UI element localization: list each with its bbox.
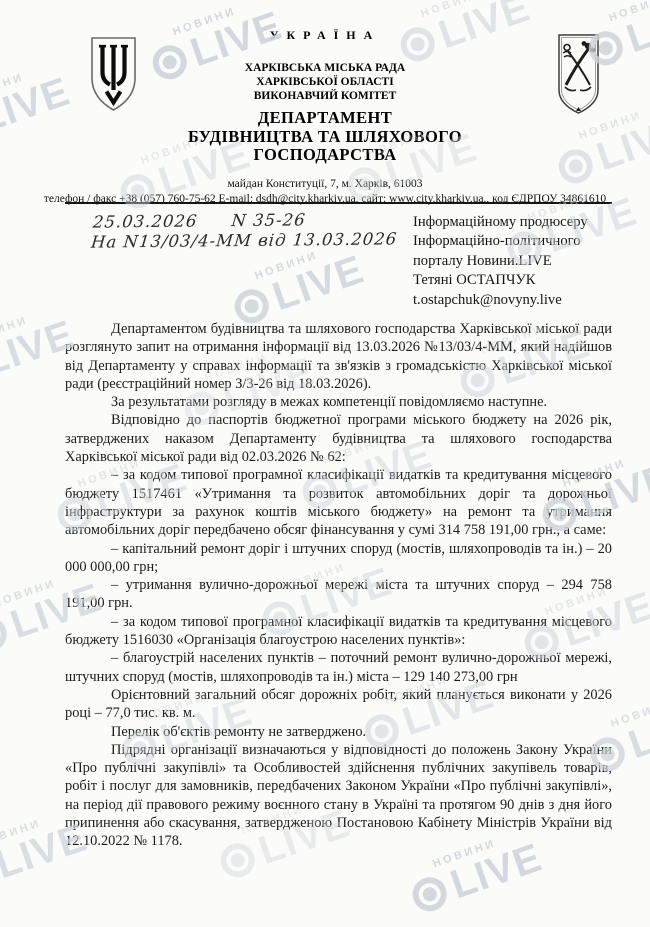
novyny-live-watermark-icon: [0, 613, 11, 656]
handwritten-registration-note: 25.03.2026N 35-26 На N13/03/4-ММ від 13.…: [90, 209, 400, 252]
dept-line-2: БУДІВНИЦТВА ТА ШЛЯХОВОГО: [0, 128, 650, 147]
body-paragraph: – благоустрій населених пунктів – поточн…: [65, 649, 612, 686]
recipient-line: порталу Новини.LIVE: [413, 252, 608, 271]
recipient-block: Інформаційному продюсеру Інформаційно-по…: [413, 213, 608, 310]
body-paragraph: Департаментом будівництва та шляхового г…: [65, 320, 612, 393]
body-paragraph: – утримання вулично-дорожньої мережі міс…: [65, 576, 612, 613]
letter-body: Департаментом будівництва та шляхового г…: [65, 320, 612, 851]
body-paragraph: – за кодом типової програмної класифікац…: [65, 466, 612, 539]
org-line-3: ВИКОНАВЧИЙ КОМІТЕТ: [0, 89, 650, 103]
department-name: ДЕПАРТАМЕНТ БУДІВНИЦТВА ТА ШЛЯХОВОГО ГОС…: [0, 109, 650, 165]
body-paragraph: Перелік об'єктів ремонту не затверджено.: [65, 723, 612, 741]
body-paragraph: – за кодом типової програмної класифікац…: [65, 613, 612, 650]
body-paragraph: За результатами розгляду в межах компете…: [65, 393, 612, 411]
org-line-1: ХАРКІВСЬКА МІСЬКА РАДА: [0, 61, 650, 75]
body-paragraph: Орієнтовний загальний обсяг дорожніх роб…: [65, 686, 612, 723]
recipient-line: Тетяні ОСТАПЧУК: [413, 271, 608, 290]
dept-line-1: ДЕПАРТАМЕНТ: [0, 109, 650, 128]
dept-line-3: ГОСПОДАРСТВА: [0, 146, 650, 165]
recipient-line: Інформаційно-політичного: [413, 232, 608, 251]
recipient-line: Інформаційному продюсеру: [413, 213, 608, 232]
organization-name: ХАРКІВСЬКА МІСЬКА РАДА ХАРКІВСЬКОЇ ОБЛАС…: [0, 61, 650, 103]
body-paragraph: – капітальний ремонт доріг і штучних спо…: [65, 540, 612, 577]
novyny-live-watermark: НОВИНИLIVE: [229, 249, 369, 330]
postal-address: майдан Конституції, 7, м. Харків, 61003: [0, 178, 650, 190]
recipient-email: t.ostapchuk@novyny.live: [413, 291, 608, 310]
outgoing-date: 25.03.2026: [92, 211, 198, 231]
body-paragraph: Підрядні організації визначаються у відп…: [65, 741, 612, 851]
scanned-letter-page: НОВИНИLIVE НОВИНИLIVE НОВИНИLIVE НОВИНИL…: [0, 0, 650, 927]
outgoing-number: N 35-26: [231, 210, 307, 230]
body-paragraph: Відповідно до паспортів бюджетної програ…: [65, 411, 612, 466]
org-line-2: ХАРКІВСЬКОЇ ОБЛАСТІ: [0, 75, 650, 89]
letterhead: УКРАЇНА ХАРКІВСЬКА МІСЬКА РАДА ХАРКІВСЬК…: [0, 0, 650, 205]
handwritten-line-2: На N13/03/4-ММ від 13.03.2026: [90, 229, 398, 252]
country-title: УКРАЇНА: [0, 28, 650, 43]
novyny-live-watermark-icon: [408, 873, 451, 916]
header-divider: [65, 202, 612, 204]
